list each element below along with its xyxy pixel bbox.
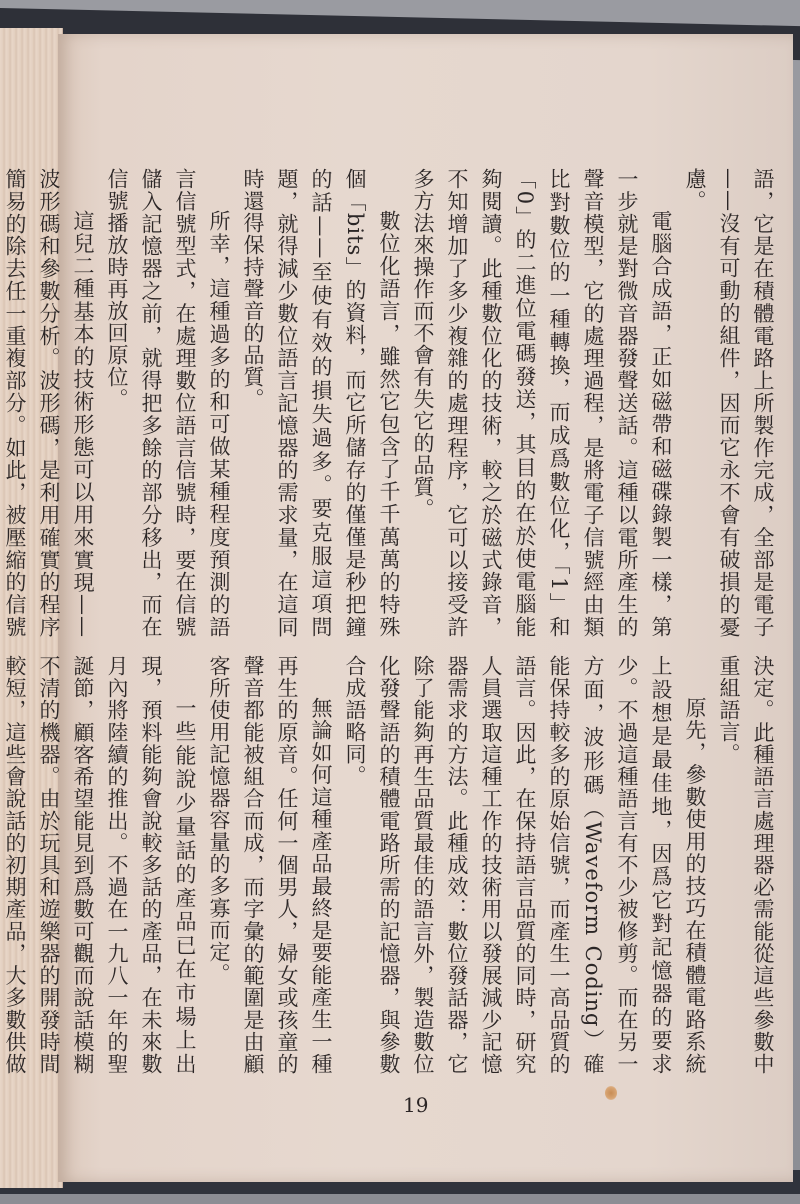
paragraph: 語，它是在積體電路上所製作完成，全部是電子——沒有可動的組件，因而它永不會有破損… [678,168,780,638]
paragraph: 所幸，這種過多的和可做某種程度預測的語言信號型式，在處理數位語言信號時，要在信號… [100,168,236,638]
paragraph: 數位化語言，雖然它包含了千千萬萬的特殊個「bits」的資料，而它所儲存的僅僅是秒… [236,168,406,638]
paper-stain [605,1086,617,1100]
paragraph: 無論如何這種產品最終是要能產生一種再生的原音。任何一個男人，婦女或孩童的聲音都能… [202,655,338,1075]
bottom-text-section: 決定。此種語言處理器必需能從這些參數中重組語言。 原先，參數使用的技巧在積體電路… [100,655,780,1075]
paragraph: 原先，參數使用的技巧在積體電路系統上設想是最佳地，因爲它對記憶器的要求少。不過這… [338,655,712,1075]
top-text-section: 語，它是在積體電路上所製作完成，全部是電子——沒有可動的組件，因而它永不會有破損… [120,168,780,638]
paragraph: 一些能說少量話的產品已在市場上出現，預料能夠會說較多話的產品，在未來數月內將陸續… [0,655,202,1075]
paragraph: 電腦合成語，正如磁帶和磁碟錄製一樣，第一步就是對微音器發聲送話。這種以電所產生的… [406,168,678,638]
paragraph: 決定。此種語言處理器必需能從這些參數中重組語言。 [712,655,780,1075]
page-number: 19 [403,1093,428,1117]
paragraph: 這兒二種基本的技術形態可以用來實現——波形碼和參數分析。波形碼，是利用確實的程序… [0,168,100,638]
